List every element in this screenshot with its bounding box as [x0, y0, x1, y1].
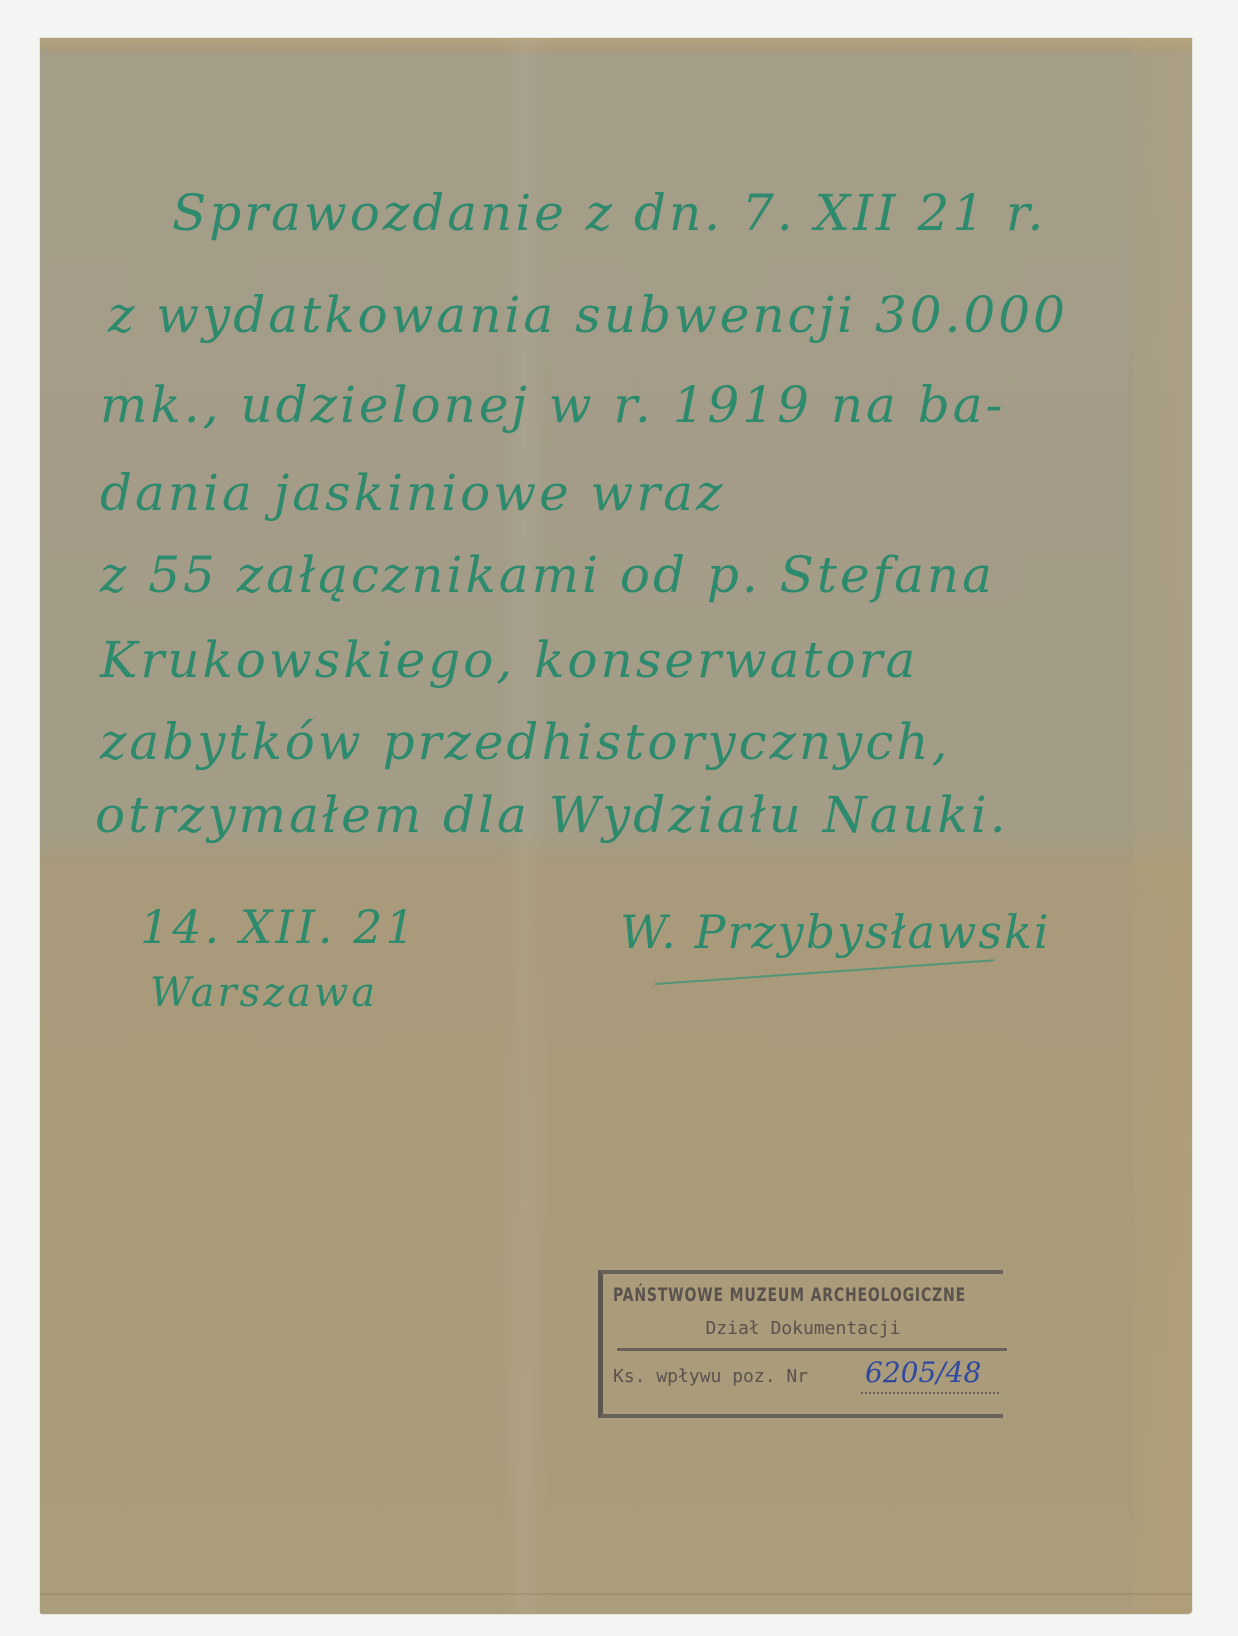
text-line-2: z wydatkowania subwencji 30.000: [108, 290, 1068, 340]
stamp-entry-label: Ks. wpływu poz. Nr: [613, 1366, 808, 1387]
archive-stamp: PAŃSTWOWE MUZEUM ARCHEOLOGICZNE Dział Do…: [598, 1270, 1003, 1418]
document-date: 14. XII. 21: [140, 900, 418, 954]
text-line-1: Sprawozdanie z dn. 7. XII 21 r.: [172, 188, 1046, 238]
text-line-3: mk., udzielonej w r. 1919 na ba-: [100, 380, 1005, 430]
stamp-dotted-line: [861, 1392, 999, 1394]
signature: W. Przybysławski: [620, 905, 1051, 959]
fold-crease: [40, 1593, 1192, 1595]
paper-edge-discoloration: [1134, 38, 1192, 1614]
text-line-6: Krukowskiego, konserwatora: [100, 635, 918, 685]
stamp-department: Dział Dokumentacji: [603, 1318, 1003, 1339]
text-line-4: dania jaskiniowe wraz: [100, 468, 725, 518]
text-line-5: z 55 załącznikami od p. Stefana: [100, 550, 995, 600]
text-line-8: otrzymałem dla Wydziału Nauki.: [95, 790, 1009, 840]
stamp-divider: [617, 1348, 1007, 1351]
stamp-institution: PAŃSTWOWE MUZEUM ARCHEOLOGICZNE: [613, 1284, 933, 1306]
stamp-entry-number: 6205/48: [865, 1356, 981, 1389]
document-place: Warszawa: [150, 970, 378, 1016]
text-line-7: zabytków przedhistorycznych,: [100, 717, 951, 767]
